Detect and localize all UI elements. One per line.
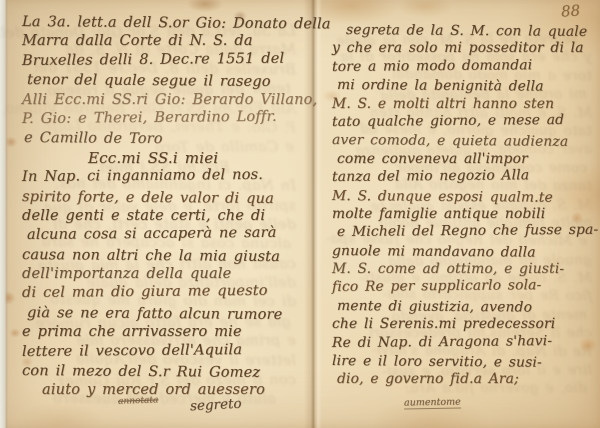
right-page-catchword: aumentome	[404, 397, 461, 410]
handwritten-line: tato qualche giorno, e mese ad	[328, 120, 592, 141]
handwritten-line: In Nap. ci inganniamo del nos.	[18, 175, 296, 197]
binding-gutter	[304, 0, 322, 428]
handwritten-line: M. S. dunque esposi qualm.te	[328, 196, 592, 216]
handwritten-line: Re di Nap. di Aragona s'havi-	[328, 340, 592, 361]
handwritten-line: gnuole mi mandavano dalla	[328, 251, 592, 271]
handwritten-line: fico Re per supplicarlo sola-	[328, 285, 592, 306]
handwritten-line: dio, e governo fid.a Ara;	[328, 379, 587, 397]
handwritten-line: già se ne era fatto alcun rumore	[18, 313, 291, 335]
handwritten-line: y che era solo mi posseditor di la	[328, 48, 592, 66]
handwritten-line: mente di giustizia, avendo	[328, 306, 587, 326]
handwritten-line: che li Serenis.mi predecessori	[328, 324, 592, 342]
handwritten-line: aver comoda, e quieta audienza	[328, 140, 592, 160]
handwritten-line: lire e il loro servitio, e susi-	[328, 361, 592, 381]
right-page-showthrough: segreta de la S. M. con la qualey che er…	[328, 30, 592, 398]
left-page-showthrough: La 3a. lett.a dell S.or Gio: Donato dell…	[18, 22, 296, 410]
handwritten-line: P. Gio: e Therei, Berardino Loffr.	[18, 117, 296, 139]
left-page: La 3a. lett.a dell S.or Gio: Donato dell…	[8, 0, 304, 428]
folio-number: 88	[560, 1, 580, 20]
handwritten-line: con il mezo del S.r Rui Gomez	[18, 371, 296, 393]
handwritten-line: lettere il vescovo dell'Aquila	[18, 349, 296, 371]
book-edge	[0, 0, 8, 428]
cancelled-word: annotata	[118, 395, 159, 406]
handwritten-line: alcuna cosa si accaperà ne sarà	[18, 233, 291, 255]
handwritten-line: Bruxelles delli 8. Dec.re 1551 del	[18, 58, 296, 80]
handwritten-line: segreta de la S. M. con la quale	[328, 30, 578, 50]
handwritten-line: Marra dalla Corte di N. S. da	[18, 41, 296, 60]
handwritten-line: La 3a. lett.a dell S.or Gio: Donato dell…	[18, 22, 296, 44]
handwritten-line: causa non altri che la mia giusta	[18, 255, 296, 277]
handwritten-line: di cel man dio giura me questo	[18, 291, 296, 313]
handwritten-line: e Camillo de Toro	[18, 138, 294, 160]
handwritten-line: e prima che arrivassero mie	[18, 332, 296, 351]
handwritten-line: tore a mio modo domandai	[328, 64, 592, 85]
handwritten-line: e Micheli del Regno che fusse spa-	[328, 230, 587, 251]
handwritten-line: mi ordine la benignità della	[328, 85, 587, 105]
handwritten-line: tenor del quale segue il rasego	[18, 80, 291, 102]
left-page-catchword: segreto	[190, 396, 242, 415]
right-page: segreta de la S. M. con la qualey che er…	[322, 0, 600, 428]
manuscript-photo: La 3a. lett.a dell S.or Gio: Donato dell…	[0, 0, 600, 428]
handwritten-line: tanza del mio negozio Alla	[328, 175, 592, 196]
handwritten-line: spirito forte, e dele valor di qua	[18, 197, 296, 219]
